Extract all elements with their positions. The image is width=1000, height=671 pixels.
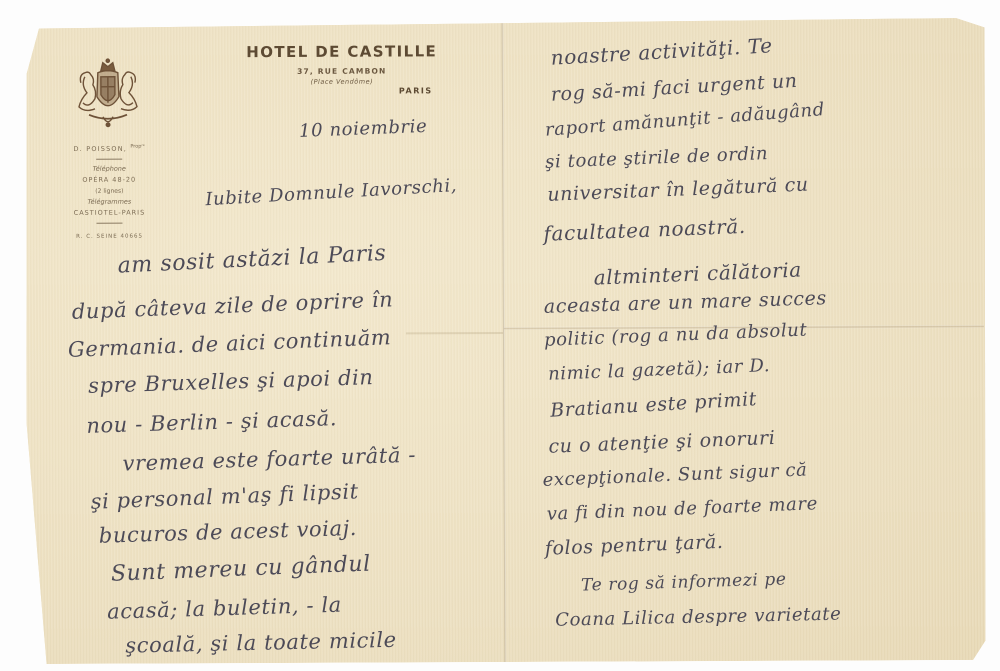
letter-line: vremea este foarte urâtă - <box>122 443 416 476</box>
letter-line: spre Bruxelles şi apoi din <box>88 365 374 398</box>
letter-line: excepţionale. Sunt sigur că <box>542 459 808 490</box>
letter-line: Bratianu este primit <box>550 388 758 422</box>
letter-line: rog să-mi faci urgent un <box>550 70 798 106</box>
letter-line: şcoală, şi la toate micile <box>125 628 397 658</box>
letter-line: politic (rog a nu da absolut <box>544 320 808 351</box>
proprietor: D. POISSON, Propʳᵉ <box>61 142 157 156</box>
registry-number: R. C. SEINE 40665 <box>62 232 158 243</box>
letter-line: Germania. de aici continuăm <box>68 325 392 362</box>
letter-line: acasă; la buletin, - la <box>107 593 342 624</box>
letter-line: facultatea noastră. <box>543 214 746 246</box>
letter-line: Coana Lilica despre varietate <box>555 604 842 631</box>
letter-line: şi personal m'aş fi lipsit <box>90 479 359 514</box>
letter-line: şi toate ştirile de ordin <box>545 143 769 173</box>
letter-salutation: Iubite Domnule Iavorschi, <box>205 175 458 210</box>
letter-line: cu o atenţie şi onoruri <box>548 427 776 458</box>
telephone-number: OPÉRA 48-20 <box>61 175 157 186</box>
telephone-label: Téléphone <box>61 164 157 175</box>
hotel-name: HOTEL DE CASTILLE <box>237 42 447 61</box>
royal-crest-icon <box>73 57 143 131</box>
letter-line: după câteva zile de oprire în <box>71 287 393 324</box>
letter-line: altminteri călătoria <box>593 257 802 289</box>
telegram-label: Télégrammes <box>61 197 157 208</box>
letter-sheet: HOTEL DE CASTILLE 37, RUE CAMBON (Place … <box>25 18 988 664</box>
telegram-address: CASTIOTEL-PARIS <box>61 208 157 219</box>
letter-line: nou - Berlin - şi acasă. <box>86 406 337 438</box>
hotel-place: (Place Vendôme) <box>237 77 447 86</box>
letter-line: va fi din nou de foarte mare <box>546 493 818 525</box>
letter-line: nimic la gazetă); iar D. <box>548 355 771 385</box>
letterhead-contact-block: D. POISSON, Propʳᵉ Téléphone OPÉRA 48-20… <box>61 142 157 244</box>
horizontal-crease-left <box>406 332 503 334</box>
letter-line: am sosit astăzi la Paris <box>117 241 387 279</box>
hotel-address: 37, RUE CAMBON <box>237 66 447 76</box>
letter-line: raport amănunţit - adăugând <box>544 99 825 141</box>
proprietor-name: D. POISSON, <box>73 145 127 153</box>
divider <box>96 223 122 224</box>
letter-line: noastre activităţi. Te <box>550 33 773 70</box>
divider <box>96 159 122 160</box>
letter-line: universitar în legătură cu <box>547 174 809 206</box>
letter-line: Te rog să informezi pe <box>581 569 787 595</box>
center-fold <box>502 20 507 662</box>
letter-line: Sunt mereu cu gândul <box>111 552 372 587</box>
proprietor-suffix: Propʳᵉ <box>130 144 145 150</box>
letter-line: bucuros de acest voiaj. <box>98 516 357 548</box>
letter-line: aceasta are un mare succes <box>544 287 828 318</box>
letter-date: 10 noiembrie <box>299 116 428 142</box>
letter-line: folos pentru ţară. <box>544 531 723 560</box>
hotel-city: PARIS <box>399 86 433 95</box>
telephone-lines: (2 lignes) <box>61 186 157 197</box>
